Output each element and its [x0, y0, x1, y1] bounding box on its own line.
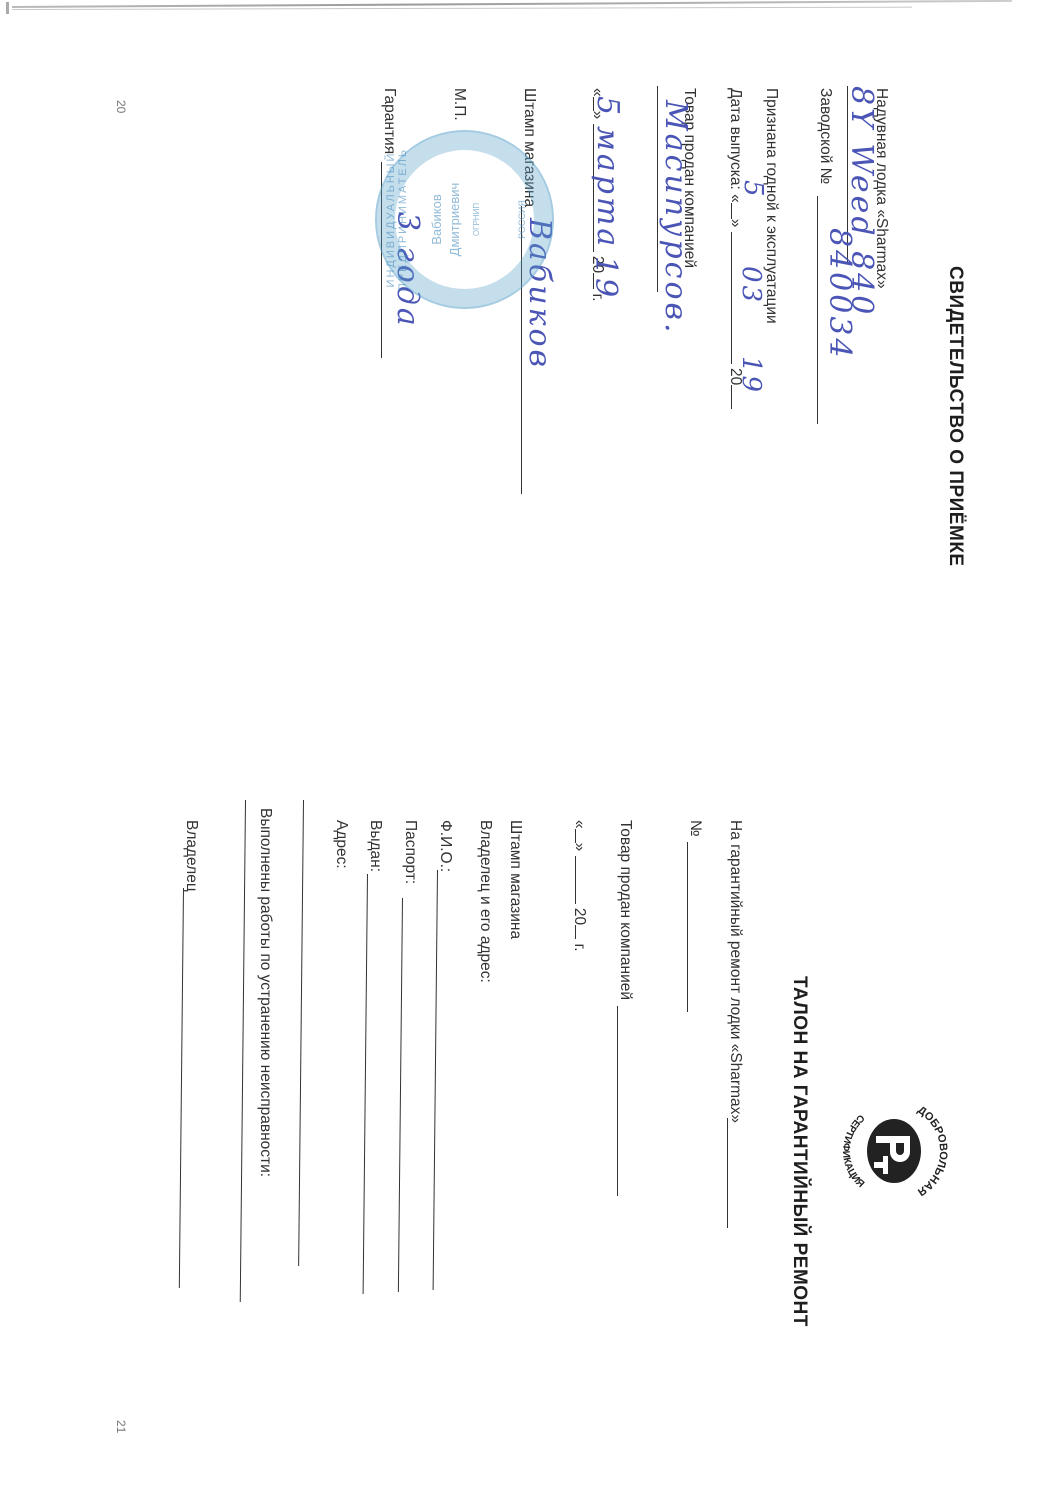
release-day-line — [731, 203, 732, 219]
sale-month-handwritten: марта — [592, 126, 622, 249]
rst-certification-logo-icon: ДОБРОВОЛЬНАЯ СЕРТИФИКАЦИЯ — [830, 1086, 960, 1216]
serial-handwritten: 840034 — [824, 228, 854, 361]
company-seal-stamp: ИНДИВИДУАЛЬНЫЙ ПРЕДПРИНИМАТЕЛЬ Вабиков Д… — [375, 130, 554, 309]
fio-field-line[interactable] — [433, 870, 438, 1290]
address-label: Адрес: — [332, 820, 350, 869]
coupon-day-line — [575, 829, 576, 843]
owner-label: Владелец — [182, 820, 200, 892]
repairs-field-line[interactable] — [240, 800, 246, 1302]
page-number-right: 21 — [114, 1420, 128, 1433]
warranty-booklet-spread: СВИДЕТЕЛЬСТВО О ПРИЁМКЕ Надувная лодка «… — [0, 0, 1062, 1500]
passport-label: Паспорт: — [401, 820, 419, 884]
page-number-left: 20 — [114, 100, 128, 113]
sale-day-handwritten: 5 — [592, 96, 622, 118]
release-day-handwritten: 5 — [738, 180, 768, 200]
owner-address-label: Владелец и его адрес: — [476, 820, 494, 983]
coupon-year-line — [575, 925, 576, 939]
sold-by-line-coupon — [617, 1006, 618, 1196]
release-year-line — [731, 385, 732, 409]
svg-text:СЕРТИФИКАЦИЯ: СЕРТИФИКАЦИЯ — [840, 1112, 866, 1190]
release-year-handwritten: 19 — [736, 356, 766, 395]
passport-field-line[interactable] — [398, 898, 403, 1292]
sold-by-handwritten: Масипурсов. — [660, 100, 690, 336]
page-title: СВИДЕТЕЛЬСТВО О ПРИЁМКЕ — [944, 266, 966, 567]
owner-signature-line[interactable] — [179, 888, 184, 1288]
sale-year-handwritten: 19 — [590, 256, 620, 300]
sold-by-line — [657, 86, 658, 292]
repairs-label: Выполнены работы по устранению неисправн… — [256, 808, 274, 1177]
sold-by-label-coupon: Товар продан компанией — [616, 820, 634, 1000]
issued-label: Выдан: — [366, 820, 384, 872]
repair-label: На гарантийный ремонт лодки «Sharmax» — [726, 820, 744, 1123]
release-month-handwritten: 03 — [736, 266, 766, 305]
number-label: № — [686, 820, 704, 837]
repair-line — [727, 1118, 728, 1228]
coupon-title: ТАЛОН НА ГАРАНТИЙНЫЙ РЕМОНТ — [788, 976, 810, 1327]
mp-label: М.П. — [450, 88, 468, 121]
release-month-line — [731, 232, 732, 364]
serial-line — [817, 196, 818, 424]
issued-field-line[interactable] — [363, 874, 368, 1294]
fio-label: Ф.И.О.: — [436, 820, 454, 872]
number-line — [687, 842, 688, 1012]
serial-label: Заводской № — [816, 88, 834, 184]
coupon-month-line — [575, 856, 576, 904]
address-field-line[interactable] — [298, 800, 304, 1266]
coupon-date: «» 20 г. — [570, 820, 588, 952]
shop-stamp-label-coupon: Штамп магазина — [506, 820, 524, 939]
